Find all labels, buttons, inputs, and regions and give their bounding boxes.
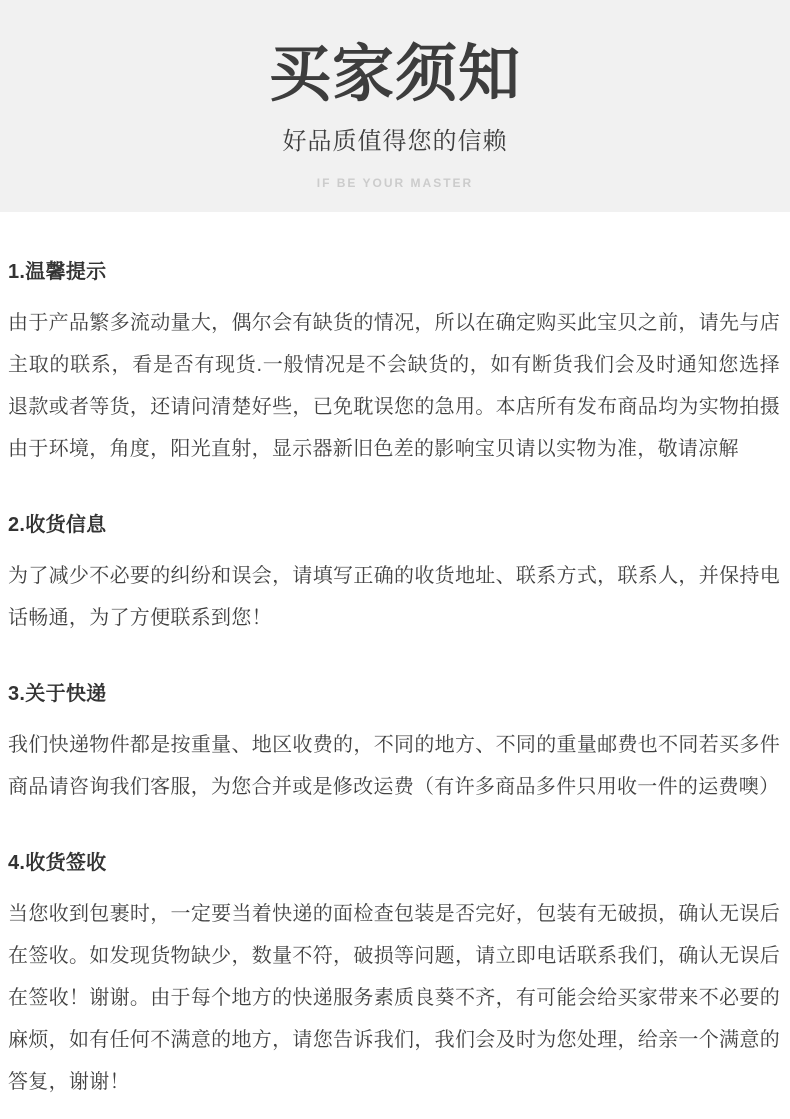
section-shipping-info: 2.收货信息 为了减少不必要的纠纷和误会，请填写正确的收货地址、联系方式，联系人… bbox=[8, 515, 780, 639]
section-receipt-signing: 4.收货签收 当您收到包裹时，一定要当着快递的面检查包装是否完好，包装有无破损，… bbox=[8, 853, 780, 1103]
page-subtitle: 好品质值得您的信赖 bbox=[0, 130, 790, 154]
buyer-notice-page: 买家须知 好品质值得您的信赖 IF BE YOUR MASTER 1.温馨提示 … bbox=[0, 0, 790, 1119]
section-about-express-heading: 3.关于快递 bbox=[8, 684, 780, 704]
header-banner: 买家须知 好品质值得您的信赖 IF BE YOUR MASTER bbox=[0, 0, 790, 212]
section-warm-tips-body: 由于产品繁多流动量大，偶尔会有缺货的情况，所以在确定购买此宝贝之前，请先与店主取… bbox=[8, 302, 780, 470]
section-shipping-info-body: 为了减少不必要的纠纷和误会，请填写正确的收货地址、联系方式，联系人，并保持电话畅… bbox=[8, 555, 780, 639]
section-warm-tips-heading: 1.温馨提示 bbox=[8, 262, 780, 282]
section-receipt-signing-body: 当您收到包裹时，一定要当着快递的面检查包装是否完好，包装有无破损，确认无误后在签… bbox=[8, 893, 780, 1103]
section-receipt-signing-heading: 4.收货签收 bbox=[8, 853, 780, 873]
section-about-express: 3.关于快递 我们快递物件都是按重量、地区收费的，不同的地方、不同的重量邮费也不… bbox=[8, 684, 780, 808]
notice-content: 1.温馨提示 由于产品繁多流动量大，偶尔会有缺货的情况，所以在确定购买此宝贝之前… bbox=[0, 212, 790, 1103]
brand-tagline: IF BE YOUR MASTER bbox=[0, 177, 790, 189]
section-warm-tips: 1.温馨提示 由于产品繁多流动量大，偶尔会有缺货的情况，所以在确定购买此宝贝之前… bbox=[8, 262, 780, 470]
section-about-express-body: 我们快递物件都是按重量、地区收费的，不同的地方、不同的重量邮费也不同若买多件商品… bbox=[8, 724, 780, 808]
section-shipping-info-heading: 2.收货信息 bbox=[8, 515, 780, 535]
page-title: 买家须知 bbox=[0, 44, 790, 106]
